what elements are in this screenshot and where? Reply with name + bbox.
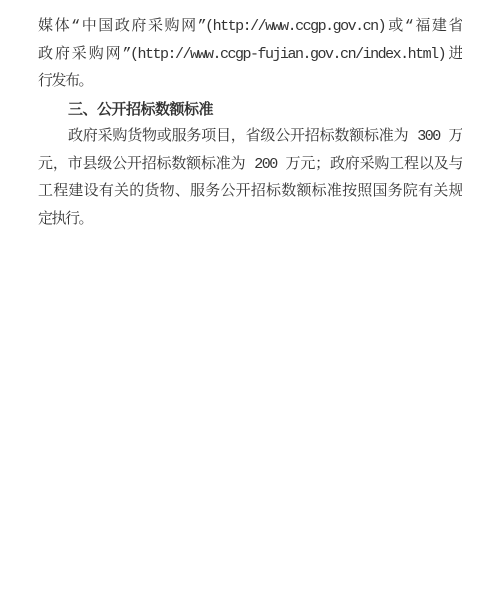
paragraph-thresholds: 政府采购货物或服务项目，省级公开招标数额标准为 300 万 元，市县级公开招标数… (38, 123, 462, 233)
text-line: 工程建设有关的货物、服务公开招标数额标准按照国务院有关规 (38, 178, 462, 206)
text-line: 行发布。 (38, 68, 462, 96)
document-page: 媒体“中国政府采购网”(http://www.ccgp.gov.cn)或“福建省… (0, 0, 500, 602)
text-line: 政府采购网”(http://www.ccgp-fujian.gov.cn/ind… (38, 41, 462, 69)
text-line: 定执行。 (38, 206, 462, 234)
text-line: 政府采购货物或服务项目，省级公开招标数额标准为 300 万 (38, 123, 462, 151)
section-heading: 三、公开招标数额标准 (38, 96, 462, 124)
paragraph-publication: 媒体“中国政府采购网”(http://www.ccgp.gov.cn)或“福建省… (38, 13, 462, 96)
text-line: 媒体“中国政府采购网”(http://www.ccgp.gov.cn)或“福建省 (38, 13, 462, 41)
text-line: 元，市县级公开招标数额标准为 200 万元；政府采购工程以及与 (38, 151, 462, 179)
